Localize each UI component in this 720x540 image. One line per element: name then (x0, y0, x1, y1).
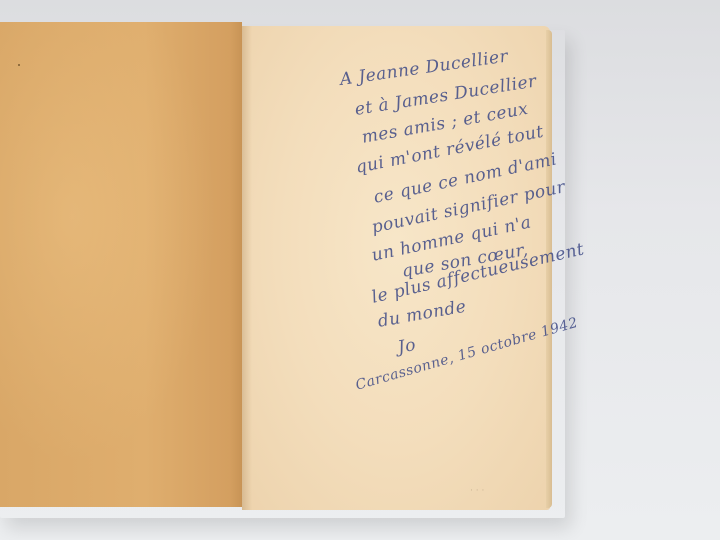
cover-speck (18, 64, 20, 66)
page-fore-edge (546, 30, 552, 508)
dedication-signature: Jo (396, 335, 417, 358)
book-gutter (242, 26, 252, 510)
book-cover-left (0, 22, 242, 507)
book-photo: A Jeanne Ducellier et à James Ducellier … (0, 0, 720, 540)
pencil-mark: · · · (470, 486, 484, 496)
